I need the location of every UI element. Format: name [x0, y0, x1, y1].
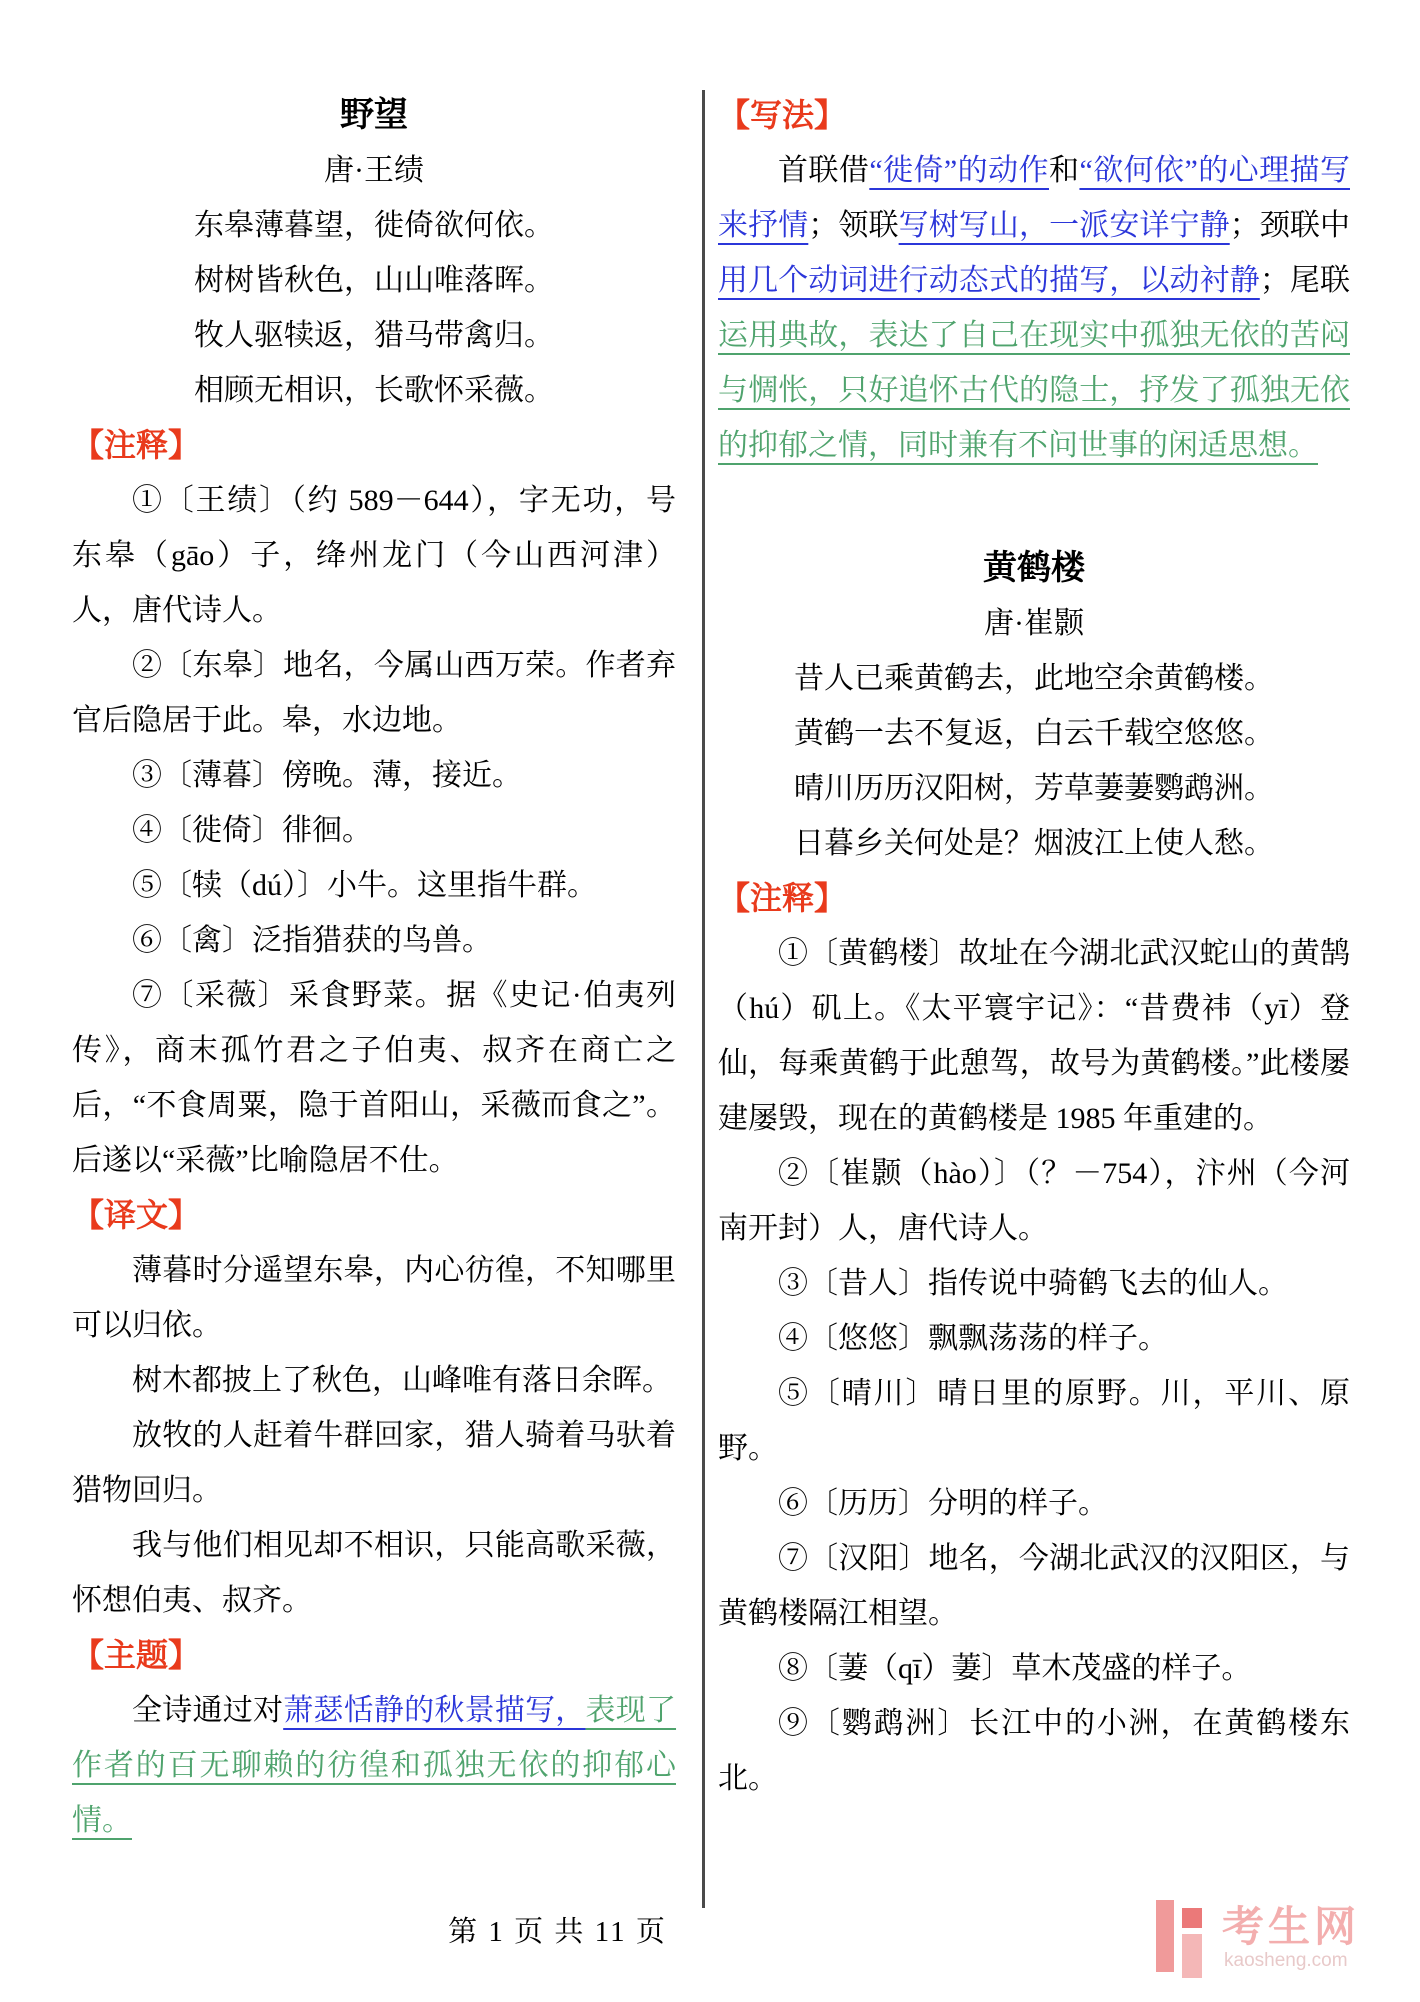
- page-number: 第 1 页 共 11 页: [0, 1912, 1115, 1952]
- poem-line: 树树皆秋色，山山唯落晖。: [72, 253, 676, 308]
- brand-watermark: 考生网 kaosheng.com: [1156, 1892, 1406, 1992]
- notes-section-header: 【注释】: [72, 418, 676, 473]
- poem-title-yewang: 野望: [72, 88, 676, 143]
- technique-segment-highlight-green: 运用典故，表达了自己在现实中孤独无依的苦闷与惆怅，只好追怀古代的隐士，抒发了孤独…: [718, 319, 1350, 462]
- theme-segment-highlight-blue: 萧瑟恬静的秋景描写，: [283, 1694, 585, 1727]
- note-item: ④〔悠悠〕飘飘荡荡的样子。: [718, 1311, 1350, 1366]
- technique-paragraph: 首联借“徙倚”的动作和“欲何依”的心理描写来抒情；领联写树写山，一派安详宁静；颈…: [718, 143, 1350, 473]
- note-item: ④〔徙倚〕徘徊。: [72, 803, 676, 858]
- note-item: ⑥〔历历〕分明的样子。: [718, 1476, 1350, 1531]
- column-divider: [702, 90, 705, 1908]
- note-item: ⑤〔犊（dú）〕小牛。这里指牛群。: [72, 858, 676, 913]
- poem-line: 晴川历历汉阳树，芳草萋萋鹦鹉洲。: [718, 761, 1350, 816]
- translation-paragraph: 放牧的人赶着牛群回家，猎人骑着马驮着猎物回归。: [72, 1408, 676, 1518]
- poem-line: 相顾无相识，长歌怀采薇。: [72, 363, 676, 418]
- translation-section-header: 【译文】: [72, 1188, 676, 1243]
- poem-line: 黄鹤一去不复返，白云千载空悠悠。: [718, 706, 1350, 761]
- poem-title-huanghelou: 黄鹤楼: [718, 541, 1350, 596]
- poem-line: 东皋薄暮望，徙倚欲何依。: [72, 198, 676, 253]
- brand-logo-icon: [1156, 1900, 1212, 1978]
- poem-body: 昔人已乘黄鹤去，此地空余黄鹤楼。 黄鹤一去不复返，白云千载空悠悠。 晴川历历汉阳…: [718, 651, 1350, 871]
- translation-paragraph: 树木都披上了秋色，山峰唯有落日余晖。: [72, 1353, 676, 1408]
- theme-section-header: 【主题】: [72, 1628, 676, 1683]
- note-item: ⑦〔采薇〕采食野菜。据《史记·伯夷列传》，商末孤竹君之子伯夷、叔齐在商亡之后，“…: [72, 968, 676, 1188]
- poem-line: 昔人已乘黄鹤去，此地空余黄鹤楼。: [718, 651, 1350, 706]
- notes-section-header: 【注释】: [718, 871, 1350, 926]
- brand-domain: kaosheng.com: [1224, 1950, 1348, 1972]
- left-column: 野望 唐·王绩 东皋薄暮望，徙倚欲何依。 树树皆秋色，山山唯落晖。 牧人驱犊返，…: [72, 88, 676, 1848]
- technique-section-header: 【写法】: [718, 88, 1350, 143]
- poem-body: 东皋薄暮望，徙倚欲何依。 树树皆秋色，山山唯落晖。 牧人驱犊返，猎马带禽归。 相…: [72, 198, 676, 418]
- note-item: ①〔黄鹤楼〕故址在今湖北武汉蛇山的黄鹄（hú）矶上。《太平寰宇记》：“昔费祎（y…: [718, 926, 1350, 1146]
- technique-segment: ；领联: [808, 209, 898, 242]
- technique-segment: ；颈联中: [1230, 209, 1350, 242]
- note-item: ⑥〔禽〕泛指猎获的鸟兽。: [72, 913, 676, 968]
- note-item: ⑤〔晴川〕晴日里的原野。川，平川、原野。: [718, 1366, 1350, 1476]
- note-item: ③〔薄暮〕傍晚。薄，接近。: [72, 748, 676, 803]
- theme-paragraph: 全诗通过对萧瑟恬静的秋景描写，表现了作者的百无聊赖的彷徨和孤独无依的抑郁心情。: [72, 1683, 676, 1848]
- note-item: ②〔东皋〕地名，今属山西万荣。作者弃官后隐居于此。皋，水边地。: [72, 638, 676, 748]
- brand-name: 考生网: [1222, 1894, 1360, 1954]
- note-item: ⑦〔汉阳〕地名，今湖北武汉的汉阳区，与黄鹤楼隔江相望。: [718, 1531, 1350, 1641]
- poem-line: 牧人驱犊返，猎马带禽归。: [72, 308, 676, 363]
- right-column: 【写法】 首联借“徙倚”的动作和“欲何依”的心理描写来抒情；领联写树写山，一派安…: [718, 88, 1350, 1806]
- technique-segment: ；尾联: [1260, 264, 1350, 297]
- theme-segment: 全诗通过对: [132, 1694, 283, 1727]
- note-item: ③〔昔人〕指传说中骑鹤飞去的仙人。: [718, 1256, 1350, 1311]
- note-item: ①〔王绩〕（约 589－644），字无功，号东皋（gāo）子，绛州龙门（今山西河…: [72, 473, 676, 638]
- technique-segment-highlight-blue: “徙倚”的动作: [869, 154, 1049, 187]
- translation-paragraph: 我与他们相见却不相识，只能高歌采薇，怀想伯夷、叔齐。: [72, 1518, 676, 1628]
- note-item: ⑧〔萋（qī）萋〕草木茂盛的样子。: [718, 1641, 1350, 1696]
- poem-author: 唐·崔颢: [718, 596, 1350, 651]
- poem-line: 日暮乡关何处是？烟波江上使人愁。: [718, 816, 1350, 871]
- technique-segment: 和: [1049, 154, 1079, 187]
- note-item: ②〔崔颢（hào）〕（？－754），汴州（今河南开封）人，唐代诗人。: [718, 1146, 1350, 1256]
- technique-segment-highlight-blue: 用几个动词进行动态式的描写，以动衬静: [718, 264, 1260, 297]
- note-item: ⑨〔鹦鹉洲〕长江中的小洲，在黄鹤楼东北。: [718, 1696, 1350, 1806]
- technique-segment-highlight-blue: 写树写山，一派安详宁静: [899, 209, 1230, 242]
- translation-paragraph: 薄暮时分遥望东皋，内心彷徨，不知哪里可以归依。: [72, 1243, 676, 1353]
- poem-author: 唐·王绩: [72, 143, 676, 198]
- technique-segment: 首联借: [778, 154, 869, 187]
